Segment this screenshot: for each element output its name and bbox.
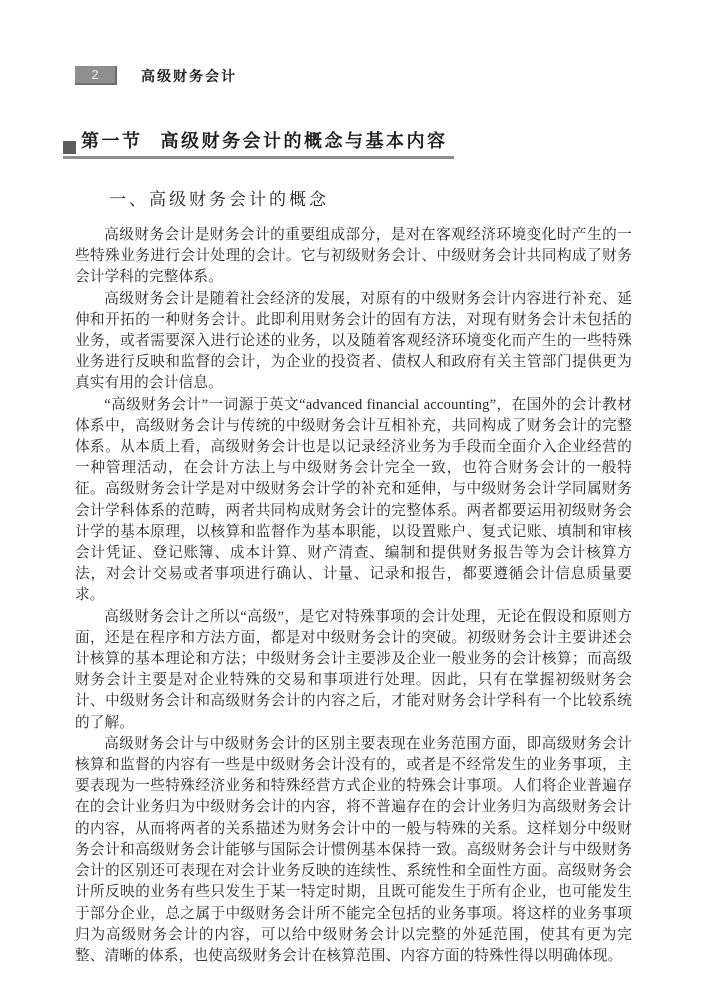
page-number: 2	[91, 67, 98, 82]
paragraph: “高级财务会计”一词源于英文“advanced financial accoun…	[75, 395, 632, 607]
section-title: 高级财务会计的概念与基本内容	[161, 127, 448, 153]
running-head-book-title: 高级财务会计	[141, 66, 237, 86]
paragraph: 高级财务会计是财务会计的重要组成部分，是对在客观经济环境变化时产生的一些特殊业务…	[75, 225, 632, 289]
paragraph: 高级财务会计之所以“高级”，是它对特殊事项的会计处理，无论在假设和原则方面，还是…	[75, 607, 632, 734]
section-heading: 第一节 高级财务会计的概念与基本内容	[63, 127, 454, 159]
paragraph: 高级财务会计是随着社会经济的发展，对原有的中级财务会计内容进行补充、延伸和开拓的…	[75, 289, 632, 395]
page-header: 2 高级财务会计	[75, 66, 632, 85]
paragraph: 高级财务会计与中级财务会计的区别主要表现在业务范围方面，即高级财务会计核算和监督…	[75, 734, 632, 967]
page-number-badge: 2	[75, 66, 117, 85]
subsection-heading: 一、高级财务会计的概念	[109, 185, 632, 210]
section-marker-square-icon	[63, 141, 76, 154]
body-text: 高级财务会计是财务会计的重要组成部分，是对在客观经济环境变化时产生的一些特殊业务…	[75, 225, 632, 967]
section-number-label: 第一节	[81, 127, 143, 153]
book-page: 2 高级财务会计 第一节 高级财务会计的概念与基本内容 一、高级财务会计的概念 …	[0, 0, 706, 982]
